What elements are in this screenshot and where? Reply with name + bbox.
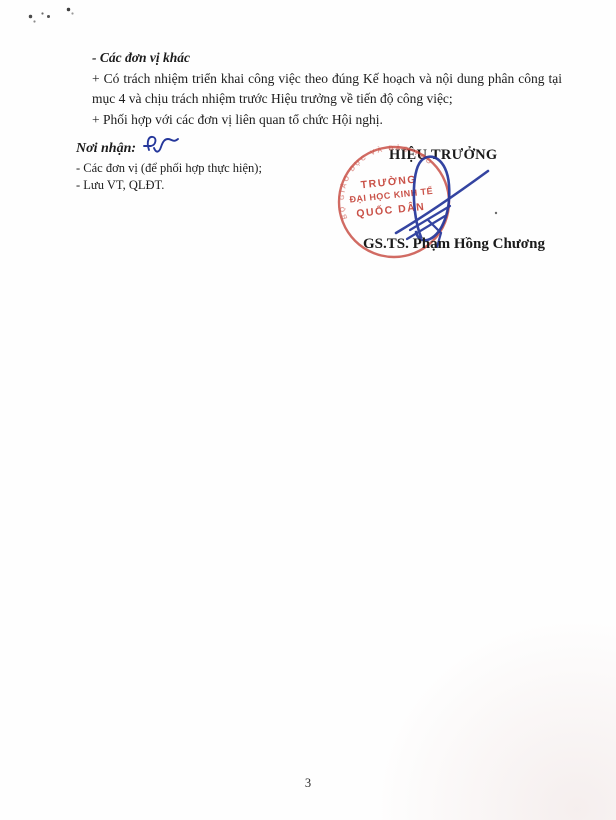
recipients-label-row: Nơi nhận: (76, 139, 356, 160)
recipients-block: Nơi nhận: - Các đơn vị (để phối hợp thực… (76, 139, 356, 193)
section-heading: - Các đơn vị khác (92, 48, 562, 69)
stamp-and-signature: BỘ GIÁO DỤC VÀ ĐÀO TẠO TRƯỜNG ĐẠI HỌC KI… (325, 128, 525, 278)
scan-specks (0, 0, 1, 1)
paragraph-duty: + Có trách nhiệm triển khai công việc th… (92, 69, 562, 110)
ink-dot (495, 212, 497, 214)
body-text: - Các đơn vị khác + Có trách nhiệm triển… (92, 48, 562, 130)
recipient-item: - Lưu VT, QLĐT. (76, 177, 356, 194)
recipients-label: Nơi nhận: (76, 141, 136, 156)
recipient-item: - Các đơn vị (để phối hợp thực hiện); (76, 160, 356, 177)
paragraph-coordination: + Phối hợp với các đơn vị liên quan tổ c… (92, 110, 562, 131)
signer-name: GS.TS. Phạm Hồng Chương (363, 236, 545, 253)
handwritten-initials-icon (132, 132, 180, 162)
page-number: 3 (0, 776, 616, 791)
document-page: - Các đơn vị khác + Có trách nhiệm triển… (0, 0, 616, 820)
